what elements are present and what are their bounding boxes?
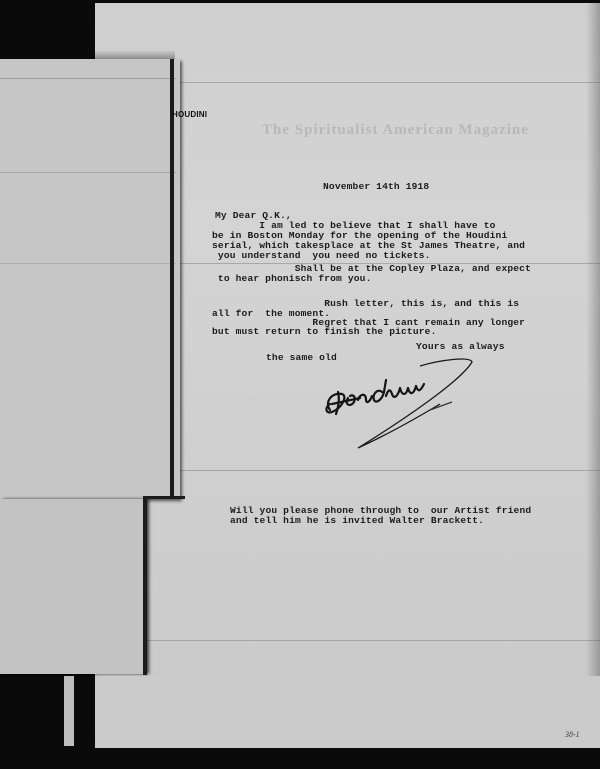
- body-line: to hear phonisch from you.: [212, 274, 372, 284]
- closing: Yours as always: [416, 342, 505, 352]
- bottom-page-edge: [96, 676, 600, 748]
- overlapping-sheet-lower: [0, 499, 146, 674]
- sheet-edge: [143, 497, 147, 675]
- postscript-line: and tell him he is invited Walter Bracke…: [230, 516, 484, 526]
- letterhead: HOUDINI: [172, 110, 207, 119]
- overlapping-sheet-upper: [0, 59, 180, 499]
- page-tab: [64, 676, 74, 746]
- body-line: but must return to finish the picture.: [212, 327, 436, 337]
- sheet-edge: [143, 496, 185, 499]
- ruled-line: [180, 470, 600, 471]
- ruled-line: [180, 82, 600, 83]
- body-line: you understand you need no tickets.: [212, 251, 431, 261]
- faint-letterhead-bleed: The Spiritualist American Magazine: [262, 122, 529, 139]
- archive-annotation: 38-1: [565, 730, 580, 739]
- sheet-edge: [170, 59, 174, 499]
- letter-date: November 14th 1918: [323, 182, 429, 192]
- ruled-line: [100, 640, 600, 641]
- signature-houdini: Houdini: [320, 352, 490, 452]
